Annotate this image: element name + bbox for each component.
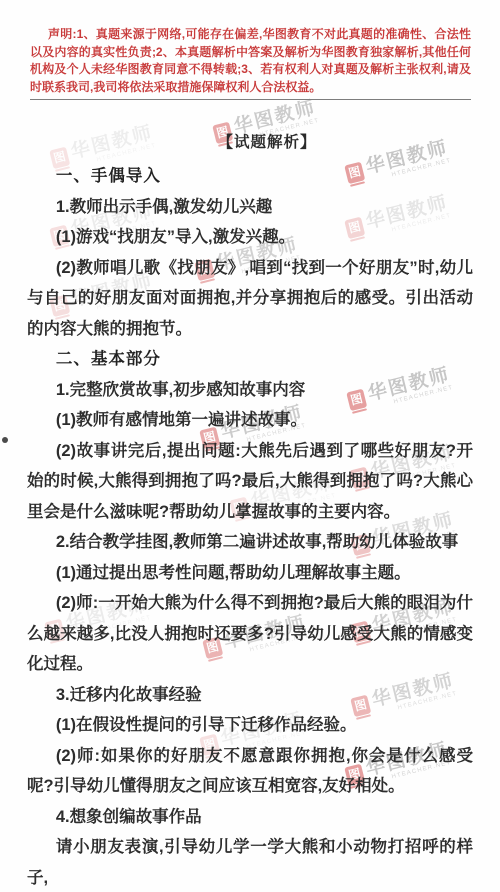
section-heading: 一、手偶导入 (27, 161, 473, 192)
section-heading: 二、基本部分 (27, 344, 473, 375)
paragraph: 4.想象创编故事作品 (27, 802, 473, 833)
paragraph: 1.教师出示手偶,激发幼儿兴趣 (27, 192, 473, 223)
paragraph: (1)游戏“找朋友”导入,激发兴趣。 (27, 222, 473, 253)
document-page: 声明:1、真题来源于网络,可能存在偏差,华图教育不对此真题的准确性、合法性以及内… (0, 0, 500, 892)
page-title: 【试题解析】 (0, 130, 500, 152)
disclaimer: 声明:1、真题来源于网络,可能存在偏差,华图教育不对此真题的准确性、合法性以及内… (30, 26, 471, 96)
paragraph: (2)师:如果你的好朋友不愿意跟你拥抱,你会是什么感受呢?引导幼儿懂得朋友之间应… (27, 741, 473, 802)
paragraph: 2.结合教学挂图,教师第二遍讲述故事,帮助幼儿体验故事 (27, 527, 473, 558)
paragraph: (2)教师唱儿歌《找朋友》,唱到“找到一个好朋友”时,幼儿与自己的好朋友面对面拥… (27, 253, 473, 345)
document-body: 一、手偶导入 1.教师出示手偶,激发幼儿兴趣 (1)游戏“找朋友”导入,激发兴趣… (27, 161, 473, 892)
paragraph: 3.迁移内化故事经验 (27, 680, 473, 711)
paragraph: (1)教师有感情地第一遍讲述故事。 (27, 405, 473, 436)
stray-dot-artifact (2, 437, 8, 443)
paragraph: (1)通过提出思考性问题,帮助幼儿理解故事主题。 (27, 558, 473, 589)
horizontal-rule (30, 99, 471, 100)
disclaimer-text: 1、真题来源于网络,可能存在偏差,华图教育不对此真题的准确性、合法性以及内容的真… (30, 27, 471, 94)
paragraph: (2)故事讲完后,提出问题:大熊先后遇到了哪些好朋友?开始的时候,大熊得到拥抱了… (27, 436, 473, 528)
disclaimer-label: 声明: (48, 27, 77, 41)
paragraph: 请小朋友表演,引导幼儿学一学大熊和小动物打招呼的样子, (27, 832, 473, 892)
paragraph: (1)在假设性提问的引导下迁移作品经验。 (27, 710, 473, 741)
paragraph: (2)师:一开始大熊为什么得不到拥抱?最后大熊的眼泪为什么越来越多,比没人拥抱时… (27, 588, 473, 680)
paragraph: 1.完整欣赏故事,初步感知故事内容 (27, 375, 473, 406)
